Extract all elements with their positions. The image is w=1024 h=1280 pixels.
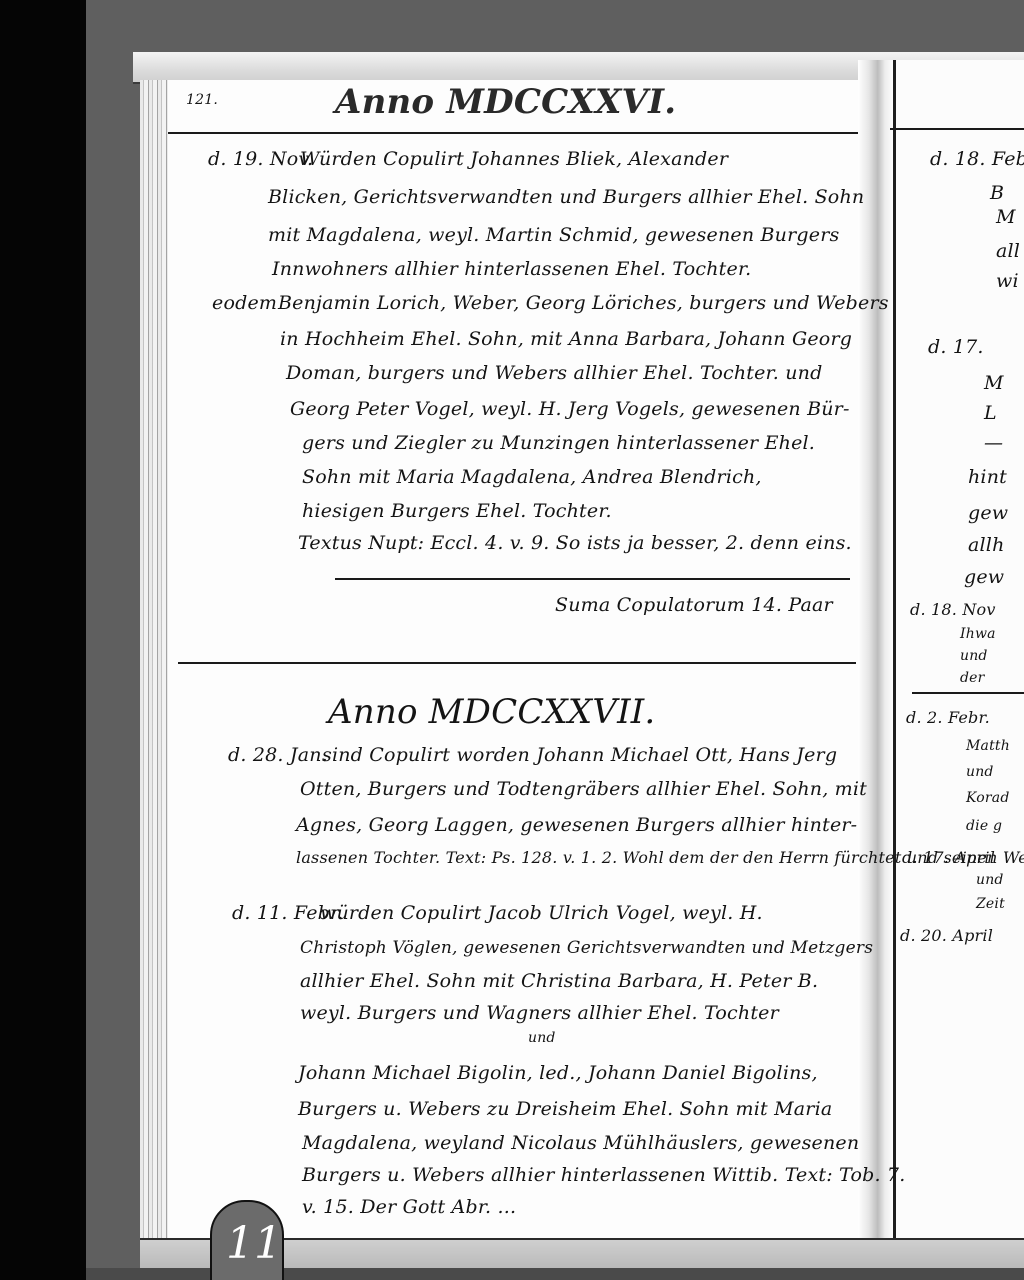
margin-mark: 11 bbox=[226, 1218, 282, 1269]
entry-line: Benjamin Lorich, Weber, Georg Löriches, … bbox=[278, 292, 889, 314]
right-entry-line: B bbox=[990, 182, 1004, 204]
right-entry-line: M bbox=[996, 206, 1016, 228]
header-rule bbox=[168, 132, 858, 134]
entry-line: mit Magdalena, weyl. Martin Schmid, gewe… bbox=[268, 224, 839, 246]
entry-line: Otten, Burgers und Todtengräbers allhier… bbox=[300, 778, 867, 800]
right-entry-line: — bbox=[984, 432, 1003, 454]
entry-date: eodem bbox=[212, 292, 277, 314]
year-heading-1727: Anno MDCCXXVII. bbox=[328, 692, 655, 732]
right-entry-line: M bbox=[984, 372, 1004, 394]
right-entry-line: Zeit bbox=[976, 896, 1005, 912]
right-entry-line: der bbox=[960, 670, 985, 686]
right-entry-line: wi bbox=[996, 270, 1019, 292]
entry-line: in Hochheim Ehel. Sohn, mit Anna Barbara… bbox=[280, 328, 852, 350]
entry-date: d. 19. Nov. bbox=[208, 148, 313, 170]
right-entry-line: die g bbox=[966, 818, 1002, 834]
sermon-text-reference: Textus Nupt: Eccl. 4. v. 9. So ists ja b… bbox=[298, 532, 852, 554]
right-header-rule bbox=[890, 128, 1024, 130]
entry-line: gers und Ziegler zu Munzingen hinterlass… bbox=[302, 432, 815, 454]
right-entry-line: gew bbox=[968, 502, 1008, 524]
right-entry-line: Ihwa bbox=[960, 626, 996, 642]
entry-line: Sohn mit Maria Magdalena, Andrea Blendri… bbox=[302, 466, 762, 488]
right-entry-line: und bbox=[960, 648, 988, 664]
entry-line: würden Copulirt Jacob Ulrich Vogel, weyl… bbox=[320, 902, 763, 924]
right-divider bbox=[912, 692, 1024, 694]
right-entry-line: gew bbox=[964, 566, 1004, 588]
right-entry-line: und bbox=[976, 872, 1004, 888]
right-entry-date: d. 20. April bbox=[900, 926, 993, 945]
entry-line: Doman, burgers und Webers allhier Ehel. … bbox=[286, 362, 822, 384]
right-entry-line: Korad bbox=[966, 790, 1010, 806]
left-page-edge bbox=[140, 80, 168, 1250]
right-entry-date: d. 17. April bbox=[902, 848, 995, 867]
right-entry-line: all bbox=[996, 240, 1020, 262]
entry-line: Würden Copulirt Johannes Bliek, Alexande… bbox=[300, 148, 728, 170]
entry-line: hiesigen Burgers Ehel. Tochter. bbox=[302, 500, 612, 522]
entry-line: sind Copulirt worden Johann Michael Ott,… bbox=[322, 744, 837, 766]
entry-line: Agnes, Georg Laggen, gewesenen Burgers a… bbox=[296, 814, 857, 836]
entry-line: Christoph Vöglen, gewesenen Gerichtsverw… bbox=[300, 938, 873, 958]
entry-line: Magdalena, weyland Nicolaus Mühlhäuslers… bbox=[302, 1132, 859, 1154]
year-heading-1726: Anno MDCCXXVI. bbox=[335, 82, 676, 122]
book-gutter bbox=[858, 60, 894, 1250]
summary-rule bbox=[335, 578, 850, 580]
year-divider bbox=[178, 662, 856, 664]
right-entry-line: allh bbox=[968, 534, 1005, 556]
right-entry-date: d. 17. bbox=[928, 336, 984, 358]
entry-line: Burgers u. Webers zu Dreisheim Ehel. Soh… bbox=[298, 1098, 832, 1120]
year-summary: Suma Copulatorum 14. Paar bbox=[555, 594, 833, 616]
film-edge bbox=[0, 0, 86, 1280]
entry-date: d. 28. Jan. bbox=[228, 744, 328, 766]
entry-line: allhier Ehel. Sohn mit Christina Barbara… bbox=[300, 970, 818, 992]
right-entry-line: Matth bbox=[966, 738, 1010, 754]
entry-line: Blicken, Gerichtsverwandten und Burgers … bbox=[268, 186, 864, 208]
entry-connector: und bbox=[528, 1030, 556, 1046]
page-number: 121. bbox=[186, 92, 218, 108]
right-entry-line: L bbox=[984, 402, 997, 424]
right-entry-date: d. 18. Feb bbox=[930, 148, 1024, 170]
entry-line: Burgers u. Webers allhier hinterlassenen… bbox=[302, 1164, 905, 1186]
right-entry-line: hint bbox=[968, 466, 1007, 488]
right-entry-date: d. 18. Nov bbox=[910, 600, 996, 619]
entry-line: v. 15. Der Gott Abr. ... bbox=[302, 1196, 516, 1218]
right-entry-date: d. 2. Febr. bbox=[906, 708, 990, 727]
entry-line: Johann Michael Bigolin, led., Johann Dan… bbox=[298, 1062, 818, 1084]
entry-line: Georg Peter Vogel, weyl. H. Jerg Vogels,… bbox=[290, 398, 850, 420]
entry-line: weyl. Burgers und Wagners allhier Ehel. … bbox=[300, 1002, 779, 1024]
entry-line: Innwohners allhier hinterlassenen Ehel. … bbox=[272, 258, 751, 280]
right-entry-line: und bbox=[966, 764, 994, 780]
